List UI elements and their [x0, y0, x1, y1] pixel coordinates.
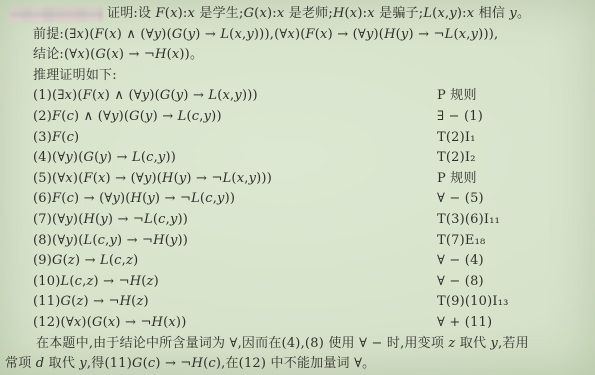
textbook-proof-page: 证明:设 F(x):x 是学生;G(x):x 是老师;H(x):x 是骗子;L(… — [0, 0, 595, 375]
proof-formula: (6)F(c) → (∀y)(H(y) → ¬L(c,y)) — [33, 191, 235, 206]
proof-formula: (11)G(z) → ¬H(z) — [33, 294, 149, 309]
proof-rule: T(2)I₂ — [437, 148, 476, 169]
proof-rule: T(3)(6)I₁₁ — [437, 210, 500, 231]
proof-rule: T(9)(10)I₁₃ — [437, 292, 509, 313]
proof-step-2: (2)F(c) ∧ (∀y)(G(y) → L(c,y)) ∃ − (1) — [0, 107, 595, 128]
proof-formula: (4)(∀y)(G(y) → L(c,y)) — [33, 150, 176, 165]
conclusion-text: 结论:(∀x)(G(x) → ¬H(x))。 — [33, 47, 203, 62]
remark-text-1: 在本题中,由于结论中所含量词为 ∀,因而在(4),(8) 使用 ∀ − 时,用变… — [36, 336, 529, 351]
proof-step-3: (3)F(c) T(2)I₁ — [0, 128, 595, 149]
premise-line: 前提:(∃x)(F(x) ∧ (∀y)(G(y) → L(x,y))),(∀x)… — [0, 25, 595, 46]
proof-step-5: (5)(∀x)(F(x) → (∀y)(H(y) → ¬L(x,y))) P 规… — [0, 169, 595, 190]
remark-line-1: 在本题中,由于结论中所含量词为 ∀,因而在(4),(8) 使用 ∀ − 时,用变… — [0, 334, 595, 355]
conclusion-line: 结论:(∀x)(G(x) → ¬H(x))。 — [0, 45, 595, 66]
proof-intro-text: 推理证明如下: — [33, 68, 117, 83]
proof-step-11: (11)G(z) → ¬H(z) T(9)(10)I₁₃ — [0, 292, 595, 313]
proof-formula: (10)L(c,z) → ¬H(z) — [33, 274, 159, 289]
redacted-blur-patch — [10, 7, 103, 22]
proof-step-1: (1)(∃x)(F(x) ∧ (∀y)(G(y) → L(x,y))) P 规则 — [0, 86, 595, 107]
definition-line: 证明:设 F(x):x 是学生;G(x):x 是老师;H(x):x 是骗子;L(… — [0, 4, 595, 25]
proof-step-8: (8)(∀y)(L(c,y) → ¬H(y)) T(7)E₁₈ — [0, 231, 595, 252]
proof-rule: ∀ + (11) — [437, 313, 492, 334]
proof-formula: (3)F(c) — [33, 130, 79, 145]
proof-formula: (12)(∀x)(G(x) → ¬H(x)) — [33, 315, 186, 330]
proof-step-6: (6)F(c) → (∀y)(H(y) → ¬L(c,y)) ∀ − (5) — [0, 189, 595, 210]
proof-rule: P 规则 — [437, 169, 477, 190]
definition-text: 证明:设 F(x):x 是学生;G(x):x 是老师;H(x):x 是骗子;L(… — [107, 6, 530, 21]
proof-formula: (8)(∀y)(L(c,y) → ¬H(y)) — [33, 233, 188, 248]
proof-formula: (7)(∀y)(H(y) → ¬L(c,y)) — [33, 212, 188, 227]
proof-formula: (2)F(c) ∧ (∀y)(G(y) → L(c,y)) — [33, 109, 222, 124]
proof-rule: ∀ − (5) — [437, 189, 484, 210]
proof-formula: (5)(∀x)(F(x) → (∀y)(H(y) → ¬L(x,y))) — [33, 171, 272, 186]
proof-step-7: (7)(∀y)(H(y) → ¬L(c,y)) T(3)(6)I₁₁ — [0, 210, 595, 231]
proof-rule: P 规则 — [437, 86, 477, 107]
remark-text-2: 常项 d 取代 y,得(11)G(c) → ¬H(c),在(12) 中不能加量词… — [5, 356, 375, 371]
proof-rule: T(2)I₁ — [437, 128, 476, 149]
proof-step-4: (4)(∀y)(G(y) → L(c,y)) T(2)I₂ — [0, 148, 595, 169]
proof-step-9: (9)G(z) → L(c,z) ∀ − (4) — [0, 251, 595, 272]
remark-line-2: 常项 d 取代 y,得(11)G(c) → ¬H(c),在(12) 中不能加量词… — [0, 354, 595, 375]
proof-rule: ∃ − (1) — [437, 107, 483, 128]
proof-formula: (1)(∃x)(F(x) ∧ (∀y)(G(y) → L(x,y))) — [33, 88, 258, 103]
proof-intro-line: 推理证明如下: — [0, 66, 595, 87]
proof-rule: ∀ − (8) — [437, 272, 484, 293]
proof-rule: T(7)E₁₈ — [437, 231, 485, 252]
proof-step-12: (12)(∀x)(G(x) → ¬H(x)) ∀ + (11) — [0, 313, 595, 334]
proof-rule: ∀ − (4) — [437, 251, 484, 272]
premise-text: 前提:(∃x)(F(x) ∧ (∀y)(G(y) → L(x,y))),(∀x)… — [33, 27, 498, 42]
proof-formula: (9)G(z) → L(c,z) — [33, 253, 138, 268]
proof-step-10: (10)L(c,z) → ¬H(z) ∀ − (8) — [0, 272, 595, 293]
